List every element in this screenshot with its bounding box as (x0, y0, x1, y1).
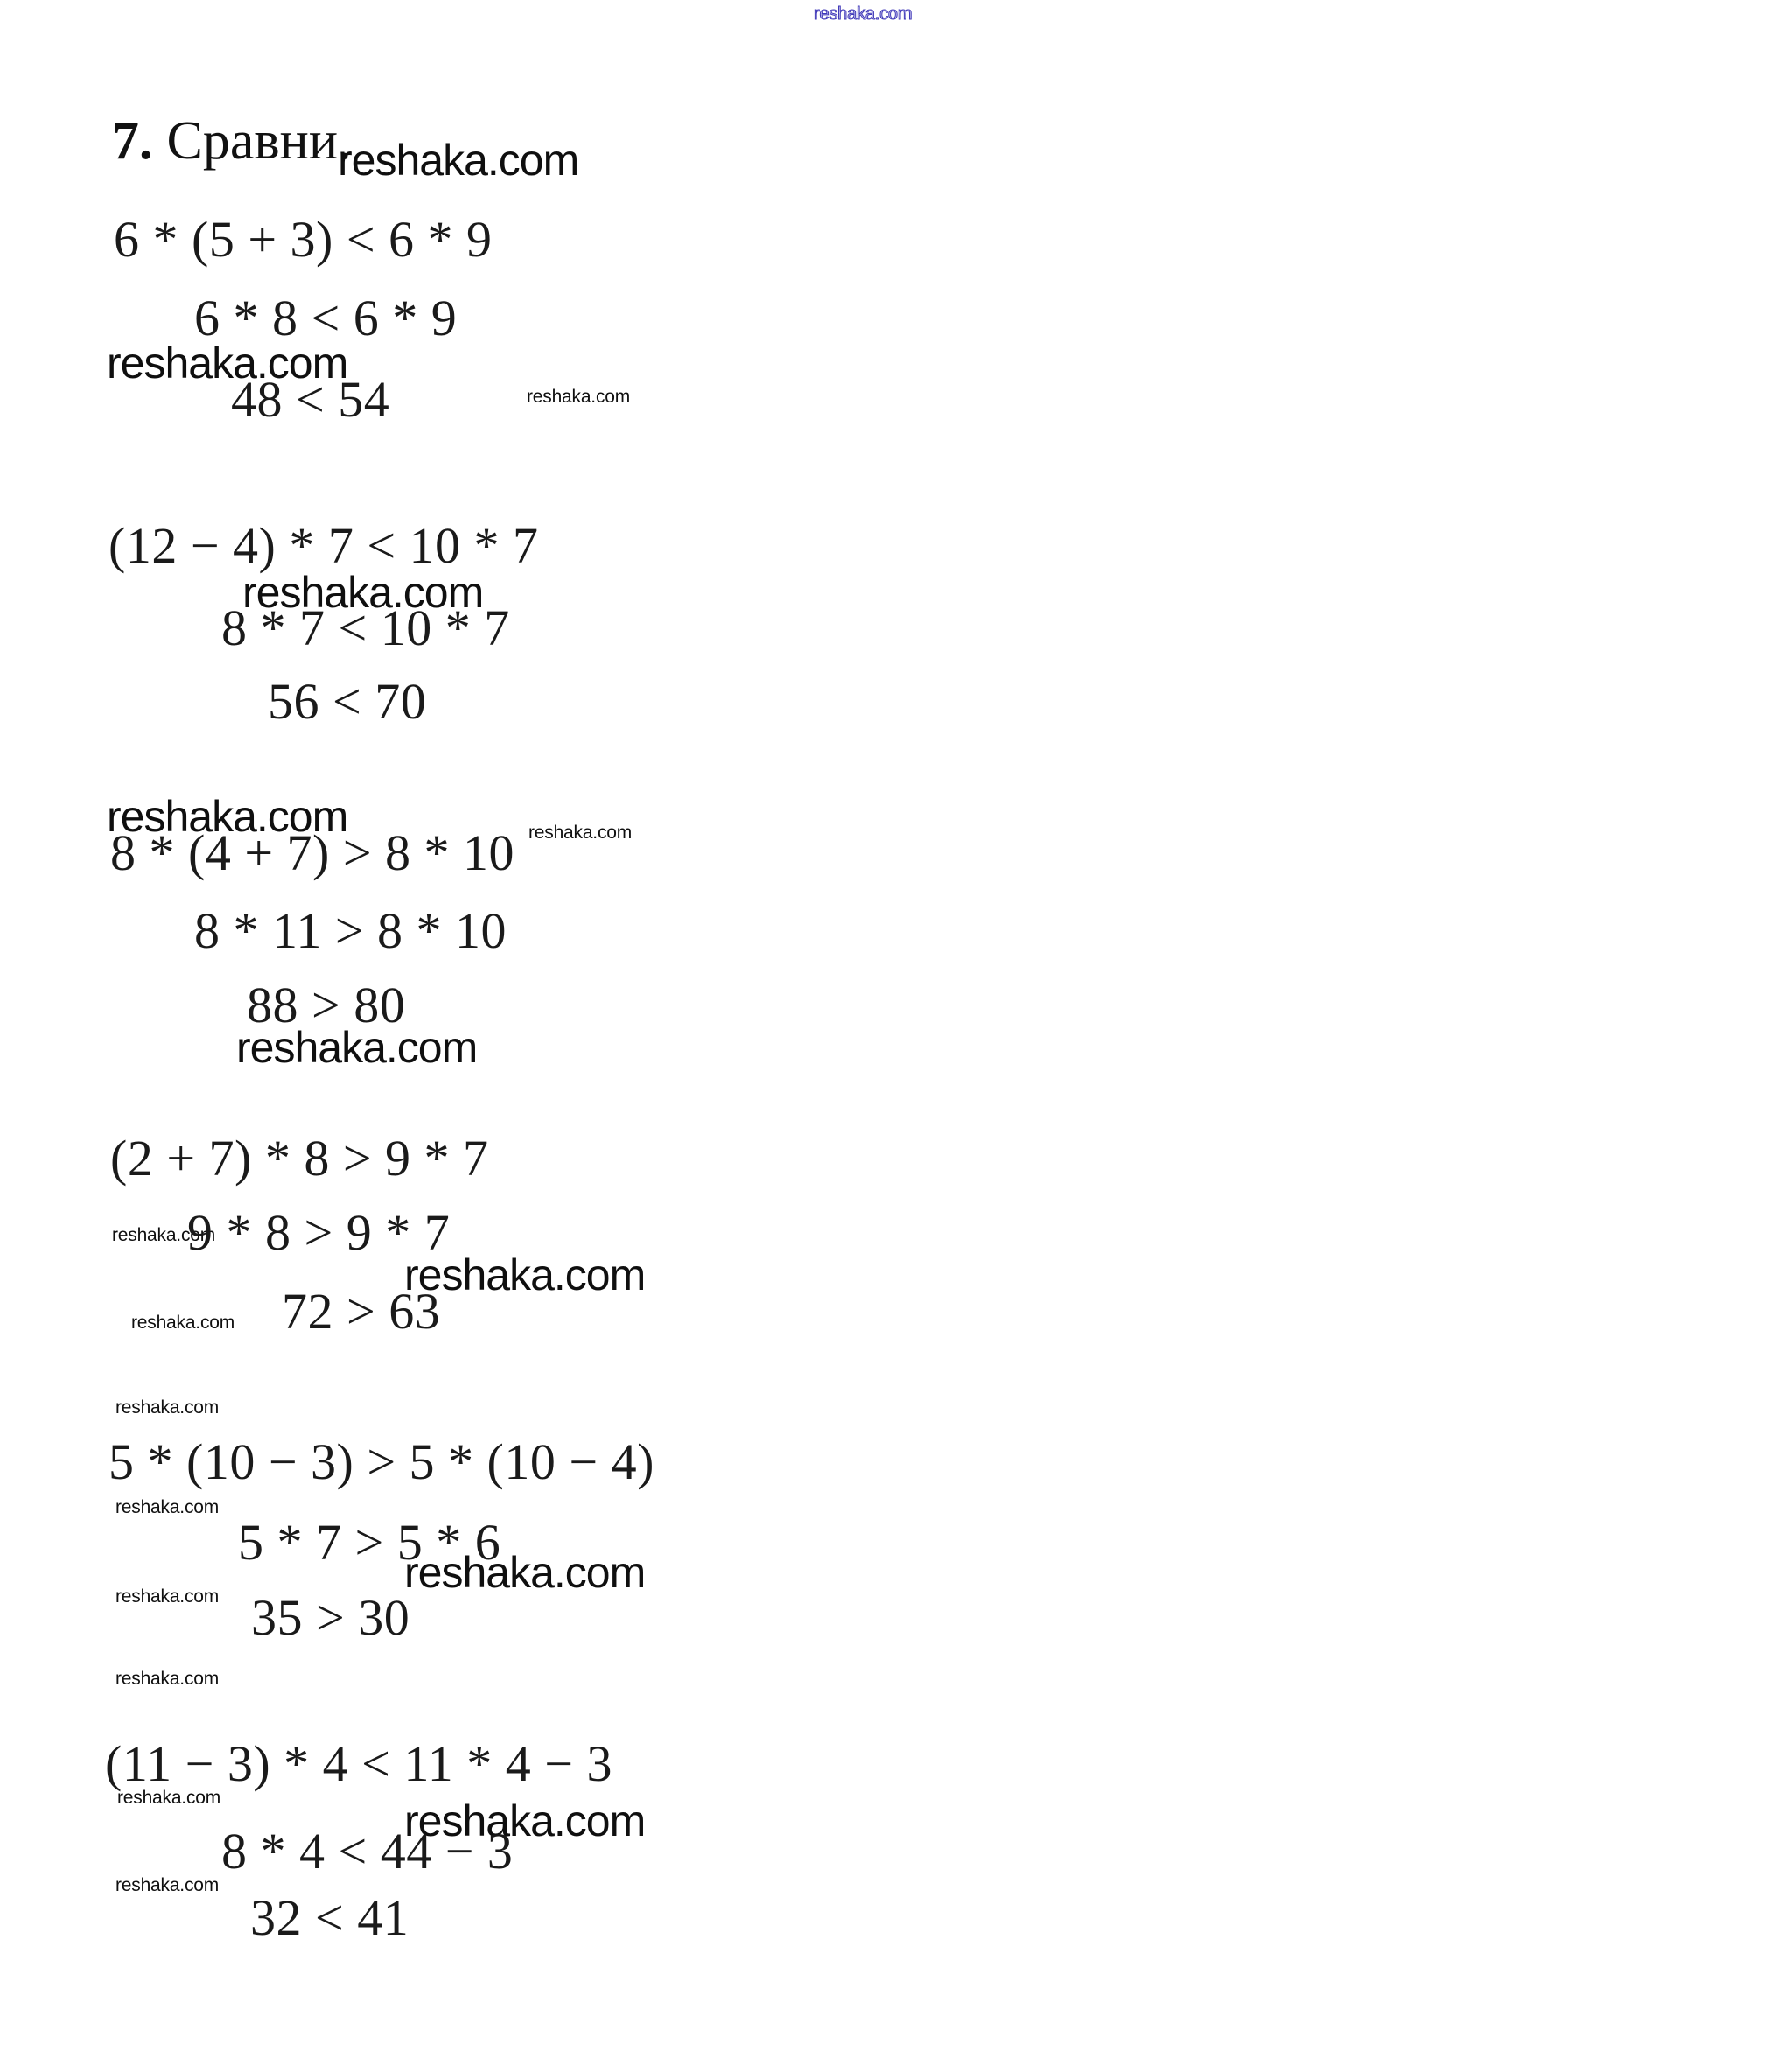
watermark: reshaka.com (404, 1550, 645, 1594)
task-number: 7. (112, 111, 153, 171)
problem-3-given: 8 * (4 + 7) > 8 * 10 (110, 828, 514, 878)
watermark: reshaka.com (528, 823, 632, 842)
problem-2-given: (12 − 4) * 7 < 10 * 7 (108, 521, 539, 571)
watermark: reshaka.com (338, 138, 578, 182)
watermark: reshaka.com (131, 1313, 234, 1332)
page-title: 7.Сравни. (112, 114, 352, 168)
problem-6-step: 8 * 4 < 44 − 3 (221, 1826, 513, 1877)
problem-2-step: 8 * 7 < 10 * 7 (221, 603, 510, 654)
problem-3-step: 8 * 11 > 8 * 10 (194, 906, 507, 956)
task-title-text: Сравни. (167, 111, 352, 171)
problem-4-given: (2 + 7) * 8 > 9 * 7 (110, 1133, 489, 1184)
problem-1-answer: 48 < 54 (231, 374, 389, 425)
worksheet-page: reshaka.com 7.Сравни. reshaka.com 6 * (5… (0, 0, 1771, 2072)
problem-1-step: 6 * 8 < 6 * 9 (194, 293, 457, 344)
watermark-top-blue: reshaka.com (814, 5, 912, 23)
watermark: reshaka.com (236, 1025, 477, 1069)
problem-6-answer: 32 < 41 (250, 1893, 409, 1943)
problem-6-given: (11 − 3) * 4 < 11 * 4 − 3 (105, 1739, 612, 1789)
watermark: reshaka.com (115, 1669, 219, 1688)
watermark: reshaka.com (115, 1876, 219, 1894)
watermark: reshaka.com (117, 1788, 220, 1807)
watermark: reshaka.com (115, 1587, 219, 1606)
problem-4-answer: 72 > 63 (282, 1286, 440, 1337)
problem-5-answer: 35 > 30 (251, 1592, 409, 1643)
problem-5-given: 5 * (10 − 3) > 5 * (10 − 4) (108, 1437, 654, 1487)
problem-2-answer: 56 < 70 (268, 676, 426, 727)
watermark: reshaka.com (115, 1398, 219, 1417)
problem-1-given: 6 * (5 + 3) < 6 * 9 (114, 214, 493, 265)
watermark: reshaka.com (527, 388, 630, 406)
watermark: reshaka.com (115, 1498, 219, 1516)
watermark: reshaka.com (404, 1253, 645, 1297)
